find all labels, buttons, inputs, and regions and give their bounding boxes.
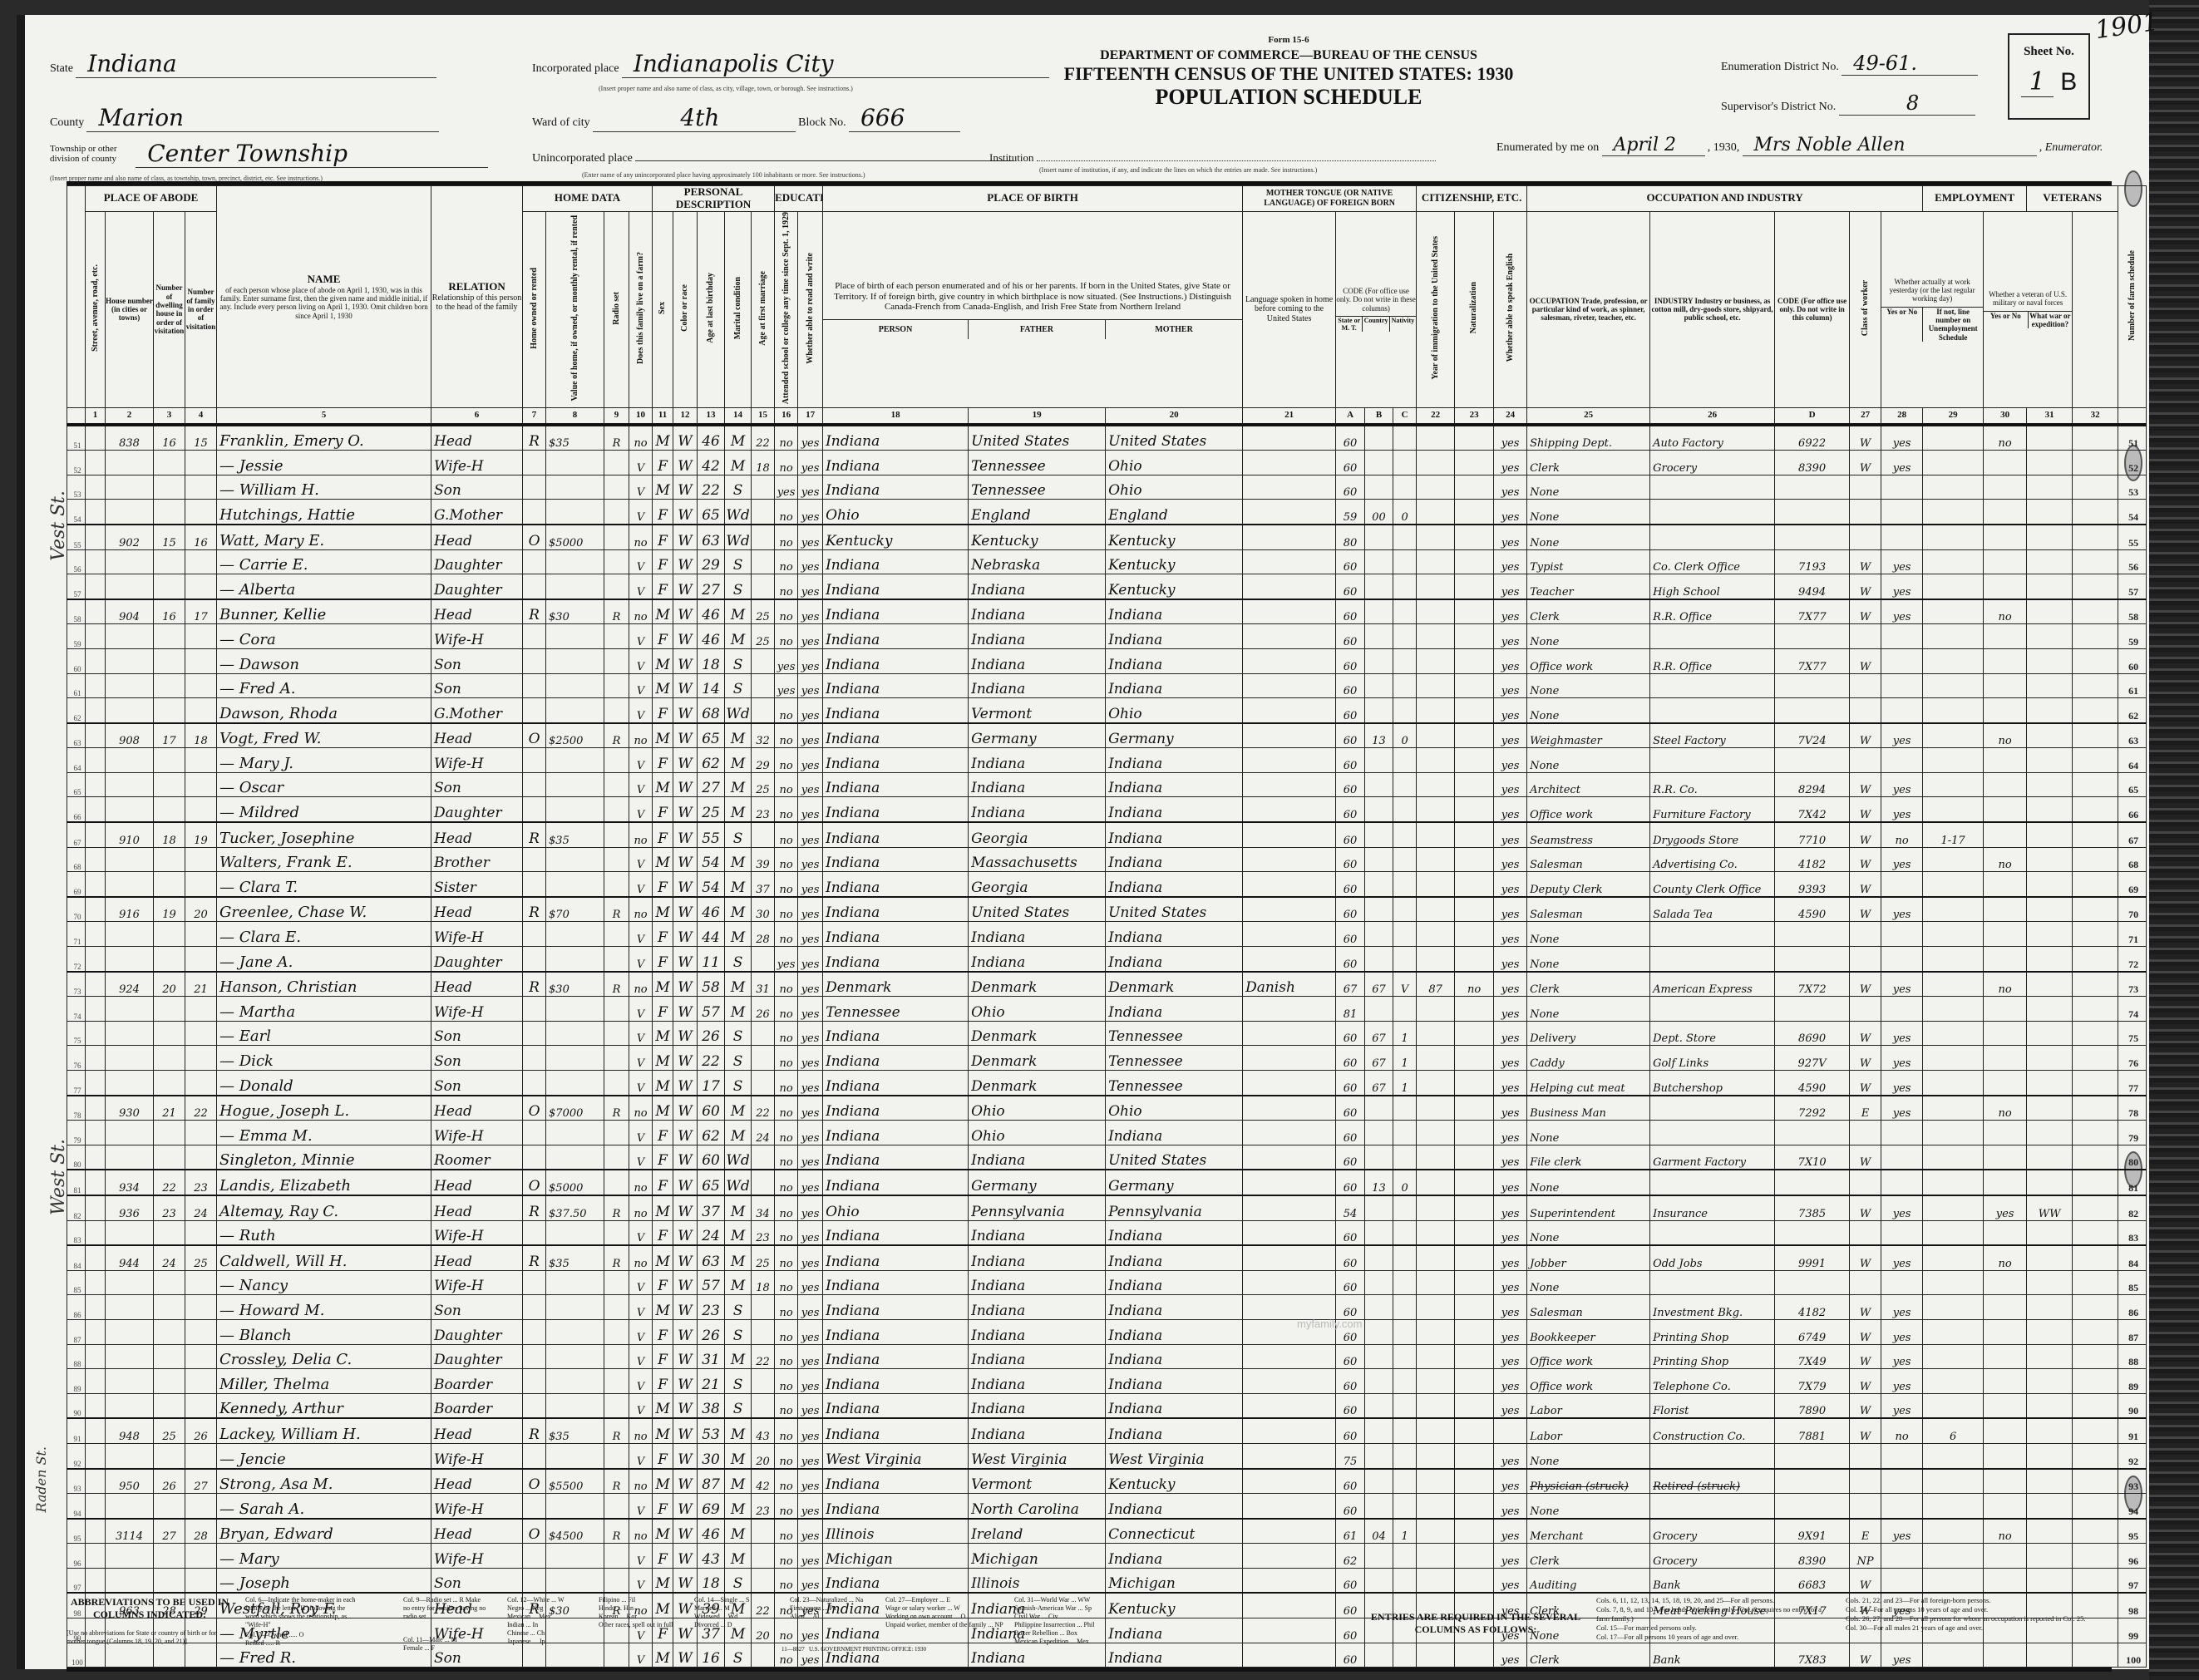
street-cell — [86, 599, 106, 624]
code-b-cell — [1365, 425, 1393, 451]
age-cell: 46 — [698, 1519, 725, 1544]
code-a-cell: 60 — [1336, 673, 1365, 698]
farm-cell: V — [629, 698, 653, 723]
unemployment-line-cell — [1923, 1319, 1984, 1344]
column-number: 23 — [1455, 407, 1494, 425]
line-number: 60 — [2118, 648, 2147, 673]
unemployment-line-cell — [1923, 1494, 1984, 1519]
institution-label: Institution — [989, 151, 1033, 164]
race-cell: W — [673, 1170, 698, 1195]
birthplace-father-cell: Ireland — [969, 1519, 1106, 1544]
line-number: 51 — [2118, 425, 2147, 451]
radio-cell — [604, 549, 629, 574]
schedule-rows: 518381615Franklin, Emery O.HeadR$35RnoMW… — [67, 425, 2147, 1668]
marital-cell: S — [725, 673, 752, 698]
at-work-cell — [1881, 1220, 1923, 1245]
house-number-cell — [106, 1544, 154, 1569]
county-field: County Marion — [50, 104, 439, 132]
age-cell: 38 — [698, 1393, 725, 1418]
person-name-cell: — Mildred — [217, 797, 431, 822]
at-work-cell: yes — [1881, 897, 1923, 922]
code-c-cell — [1393, 947, 1417, 972]
unemployment-line-cell — [1923, 1170, 1984, 1195]
occupation-cell: None — [1527, 1121, 1650, 1145]
speaks-english-cell: yes — [1494, 723, 1527, 748]
code-c-cell — [1393, 872, 1417, 897]
home-value-cell — [546, 574, 604, 599]
literate-cell: yes — [798, 475, 823, 500]
veteran-cell — [1984, 1121, 2027, 1145]
at-work-cell — [1881, 922, 1923, 947]
code-d-cell: 7X79 — [1775, 1369, 1850, 1394]
war-cell — [2027, 1121, 2073, 1145]
birthplace-father-cell: Indiana — [969, 624, 1106, 649]
race-cell: W — [673, 1519, 698, 1544]
relation-cell: Daughter — [431, 797, 523, 822]
age-first-marriage-cell — [752, 1145, 775, 1170]
home-tenure-cell — [523, 1544, 546, 1569]
code-b-cell — [1365, 1393, 1393, 1418]
marital-cell: M — [725, 723, 752, 748]
at-work-cell — [1881, 500, 1923, 525]
birthplace-person-cell: Indiana — [823, 549, 969, 574]
language-cell — [1243, 1544, 1336, 1569]
age-cell: 22 — [698, 475, 725, 500]
line-number: 61 — [2118, 673, 2147, 698]
line-number: 78 — [2118, 1096, 2147, 1121]
header-immigration-year: Year of immigration to the United States — [1417, 211, 1455, 407]
veteran-cell: yes — [1984, 1195, 2027, 1220]
radio-cell: R — [604, 972, 629, 997]
unemployment-line-cell — [1923, 872, 1984, 897]
sheet-label: Sheet No. — [2009, 45, 2088, 59]
sex-cell: F — [653, 698, 673, 723]
literate-cell: yes — [798, 748, 823, 773]
war-cell — [2027, 1544, 2073, 1569]
dwelling-number-cell: 15 — [154, 525, 185, 549]
home-tenure-cell — [523, 922, 546, 947]
at-work-cell: yes — [1881, 972, 1923, 997]
immigration-year-cell: 87 — [1417, 972, 1455, 997]
dwelling-number-cell — [154, 922, 185, 947]
code-c-cell — [1393, 475, 1417, 500]
school-cell: no — [775, 922, 798, 947]
code-d-cell: 8690 — [1775, 1021, 1850, 1046]
relation-cell: Sister — [431, 872, 523, 897]
occupation-cell: Weighmaster — [1527, 723, 1650, 748]
literate-cell: yes — [798, 997, 823, 1022]
class-of-worker-cell: W — [1850, 1418, 1881, 1443]
race-cell: W — [673, 1544, 698, 1569]
occupation-cell: Superintendent — [1527, 1195, 1650, 1220]
family-number-cell — [185, 1021, 217, 1046]
home-value-cell — [546, 624, 604, 649]
unemployment-line-cell — [1923, 772, 1984, 797]
school-cell: no — [775, 698, 798, 723]
naturalization-cell — [1455, 1121, 1494, 1145]
birthplace-person-cell: Indiana — [823, 1393, 969, 1418]
marital-cell: S — [725, 947, 752, 972]
column-number: C — [1393, 407, 1417, 425]
relation-cell: G.Mother — [431, 500, 523, 525]
table-row: 59— CoraWife-HVFW46M25noyesIndianaIndian… — [67, 624, 2147, 649]
occupation-cell: Bookkeeper — [1527, 1319, 1650, 1344]
war-cell — [2027, 772, 2073, 797]
class-of-worker-cell — [1850, 1121, 1881, 1145]
language-cell — [1243, 748, 1336, 773]
radio-cell — [604, 1319, 629, 1344]
veteran-cell — [1984, 1568, 2027, 1593]
war-cell — [2027, 947, 2073, 972]
margin-street-note: West St. — [48, 1139, 69, 1215]
sex-cell: M — [653, 847, 673, 872]
column-number: D — [1775, 407, 1850, 425]
farm-schedule-cell — [2073, 1096, 2118, 1121]
supervisors-district-value: 8 — [1839, 91, 1975, 116]
race-cell: W — [673, 1096, 698, 1121]
birthplace-mother-cell: Indiana — [1106, 1369, 1243, 1394]
relation-cell: Son — [431, 648, 523, 673]
code-c-cell — [1393, 1096, 1417, 1121]
code-a-cell: 60 — [1336, 1121, 1365, 1145]
code-c-cell: 1 — [1393, 1071, 1417, 1096]
veteran-cell: no — [1984, 599, 2027, 624]
house-number-cell — [106, 1494, 154, 1519]
age-first-marriage-cell: 30 — [752, 897, 775, 922]
state-label: State — [50, 62, 73, 75]
house-number-cell — [106, 648, 154, 673]
at-work-cell: no — [1881, 822, 1923, 847]
language-cell — [1243, 1443, 1336, 1468]
institution-value — [1037, 160, 1436, 161]
school-cell: no — [775, 1270, 798, 1295]
naturalization-cell — [1455, 1393, 1494, 1418]
occupation-cell: None — [1527, 1270, 1650, 1295]
street-cell — [86, 922, 106, 947]
farm-schedule-cell — [2073, 574, 2118, 599]
naturalization-cell — [1455, 1245, 1494, 1270]
header-code-d: CODE (For office use only. Do not write … — [1775, 211, 1850, 407]
home-value-cell — [546, 475, 604, 500]
at-work-cell: yes — [1881, 1295, 1923, 1320]
school-cell: no — [775, 748, 798, 773]
dwelling-number-cell — [154, 1344, 185, 1369]
code-b-cell — [1365, 947, 1393, 972]
birthplace-father-cell: Tennessee — [969, 451, 1106, 475]
industry-cell — [1650, 947, 1775, 972]
sex-cell: M — [653, 1295, 673, 1320]
race-cell: W — [673, 922, 698, 947]
table-row: 69— Clara T.SisterVFW54M37noyesIndianaGe… — [67, 872, 2147, 897]
veteran-cell — [1984, 1443, 2027, 1468]
left-line-number: 51 — [67, 425, 86, 451]
birthplace-person-cell: Indiana — [823, 1096, 969, 1121]
house-number-cell — [106, 1319, 154, 1344]
family-number-cell — [185, 1145, 217, 1170]
sheet-number-box: Sheet No. 1 B — [2008, 33, 2090, 120]
industry-cell — [1650, 1170, 1775, 1195]
person-name-cell: — Ruth — [217, 1220, 431, 1245]
speaks-english-cell: yes — [1494, 1494, 1527, 1519]
code-b-cell — [1365, 1544, 1393, 1569]
header-radio: Radio set — [604, 211, 629, 407]
code-d-cell — [1775, 500, 1850, 525]
block-label: Block No. — [798, 116, 846, 129]
birthplace-father-cell: Kentucky — [969, 525, 1106, 549]
street-cell — [86, 1245, 106, 1270]
home-tenure-cell: R — [523, 897, 546, 922]
age-cell: 25 — [698, 797, 725, 822]
county-value: Marion — [86, 104, 439, 132]
war-cell — [2027, 872, 2073, 897]
veteran-cell — [1984, 1319, 2027, 1344]
at-work-cell — [1881, 525, 1923, 549]
literate-cell: yes — [798, 1393, 823, 1418]
immigration-year-cell — [1417, 673, 1455, 698]
occupation-cell: Jobber — [1527, 1245, 1650, 1270]
entries-required-list-2: Cols. 21, 22, and 23—For all foreign-bor… — [1846, 1596, 2087, 1633]
marital-cell: M — [725, 1245, 752, 1270]
dwelling-number-cell — [154, 947, 185, 972]
code-c-cell — [1393, 822, 1417, 847]
person-name-cell: — Martha — [217, 997, 431, 1022]
code-a-cell: 60 — [1336, 847, 1365, 872]
line-number: 76 — [2118, 1046, 2147, 1071]
code-a-cell: 60 — [1336, 922, 1365, 947]
code-a-cell: 60 — [1336, 1393, 1365, 1418]
speaks-english-cell: yes — [1494, 1344, 1527, 1369]
home-value-cell — [546, 1393, 604, 1418]
column-number: 21 — [1243, 407, 1336, 425]
at-work-cell — [1881, 1145, 1923, 1170]
family-number-cell — [185, 451, 217, 475]
birthplace-mother-cell: Indiana — [1106, 1544, 1243, 1569]
dwelling-number-cell — [154, 648, 185, 673]
code-b-cell — [1365, 673, 1393, 698]
speaks-english-cell: yes — [1494, 922, 1527, 947]
group-personal-description: PERSONAL DESCRIPTION — [653, 186, 775, 212]
code-c-cell — [1393, 1145, 1417, 1170]
family-number-cell — [185, 1344, 217, 1369]
at-work-cell: yes — [1881, 1096, 1923, 1121]
family-number-cell: 17 — [185, 599, 217, 624]
literate-cell: yes — [798, 1046, 823, 1071]
language-cell — [1243, 1418, 1336, 1443]
radio-cell — [604, 475, 629, 500]
radio-cell: R — [604, 1418, 629, 1443]
speaks-english-cell: yes — [1494, 1195, 1527, 1220]
house-number-cell — [106, 1021, 154, 1046]
house-number-cell — [106, 1295, 154, 1320]
radio-cell — [604, 1071, 629, 1096]
literate-cell: yes — [798, 1369, 823, 1394]
school-cell: no — [775, 1295, 798, 1320]
age-first-marriage-cell: 37 — [752, 872, 775, 897]
age-cell: 60 — [698, 1096, 725, 1121]
farm-schedule-cell — [2073, 1071, 2118, 1096]
home-value-cell — [546, 847, 604, 872]
table-row: 92— JencieWife-HVFW30M20noyesWest Virgin… — [67, 1443, 2147, 1468]
dwelling-number-cell — [154, 1270, 185, 1295]
house-number-cell: 910 — [106, 822, 154, 847]
school-cell: no — [775, 500, 798, 525]
state-value: Indiana — [76, 50, 436, 78]
birthplace-person-cell: Indiana — [823, 1220, 969, 1245]
school-cell: no — [775, 1568, 798, 1593]
war-cell — [2027, 698, 2073, 723]
literate-cell: yes — [798, 947, 823, 972]
unemployment-line-cell — [1923, 1568, 1984, 1593]
war-cell — [2027, 1494, 2073, 1519]
birthplace-father-cell: Denmark — [969, 1071, 1106, 1096]
house-number-cell — [106, 1443, 154, 1468]
veteran-cell — [1984, 748, 2027, 773]
at-work-cell: no — [1881, 1418, 1923, 1443]
speaks-english-cell: yes — [1494, 1145, 1527, 1170]
street-cell — [86, 1519, 106, 1544]
header-pob-mother: MOTHER — [1106, 320, 1242, 340]
state-field: State Indiana — [50, 50, 436, 78]
age-first-marriage-cell: 43 — [752, 1418, 775, 1443]
farm-schedule-cell — [2073, 1443, 2118, 1468]
naturalization-cell — [1455, 549, 1494, 574]
language-cell — [1243, 1096, 1336, 1121]
industry-cell: Printing Shop — [1650, 1319, 1775, 1344]
person-name-cell: — Fred A. — [217, 673, 431, 698]
at-work-cell: yes — [1881, 1319, 1923, 1344]
race-cell: W — [673, 822, 698, 847]
speaks-english-cell: yes — [1494, 1544, 1527, 1569]
farm-schedule-cell — [2073, 797, 2118, 822]
age-first-marriage-cell: 22 — [752, 1096, 775, 1121]
war-cell — [2027, 1568, 2073, 1593]
code-d-cell: 7292 — [1775, 1096, 1850, 1121]
dwelling-number-cell — [154, 997, 185, 1022]
farm-cell: V — [629, 922, 653, 947]
supervisors-district-field: Supervisor's District No. 8 — [1721, 91, 1975, 116]
home-value-cell: $37.50 — [546, 1195, 604, 1220]
code-b-cell: 67 — [1365, 1046, 1393, 1071]
street-cell — [86, 500, 106, 525]
code-d-cell — [1775, 624, 1850, 649]
relation-cell: Head — [431, 525, 523, 549]
class-of-worker-cell: W — [1850, 549, 1881, 574]
column-number: 11 — [653, 407, 673, 425]
column-number: 18 — [823, 407, 969, 425]
house-number-cell: 936 — [106, 1195, 154, 1220]
unemployment-line-cell — [1923, 1270, 1984, 1295]
industry-cell — [1650, 922, 1775, 947]
birthplace-mother-cell: Indiana — [1106, 1295, 1243, 1320]
person-name-cell: — Sarah A. — [217, 1494, 431, 1519]
sex-cell: F — [653, 1344, 673, 1369]
line-number: 66 — [2118, 797, 2147, 822]
dwelling-number-cell — [154, 1319, 185, 1344]
marital-cell: M — [725, 425, 752, 451]
age-cell: 22 — [698, 1046, 725, 1071]
naturalization-cell — [1455, 1519, 1494, 1544]
dwelling-number-cell — [154, 500, 185, 525]
veteran-cell — [1984, 1544, 2027, 1569]
radio-cell — [604, 500, 629, 525]
birthplace-father-cell: Indiana — [969, 772, 1106, 797]
line-number: 87 — [2118, 1319, 2147, 1344]
birthplace-person-cell: Indiana — [823, 847, 969, 872]
race-cell: W — [673, 1121, 698, 1145]
at-work-cell — [1881, 997, 1923, 1022]
veteran-cell — [1984, 1046, 2027, 1071]
war-cell: WW — [2027, 1195, 2073, 1220]
marital-cell: S — [725, 1046, 752, 1071]
code-c-cell — [1393, 748, 1417, 773]
relation-cell: Head — [431, 1170, 523, 1195]
group-mother-tongue: MOTHER TONGUE (OR NATIVE LANGUAGE) OF FO… — [1243, 186, 1417, 212]
home-value-cell — [546, 1319, 604, 1344]
unincorporated-field: Unincorporated place — [532, 151, 1013, 165]
unemployment-line-cell — [1923, 1245, 1984, 1270]
code-b-cell — [1365, 1195, 1393, 1220]
farm-schedule-cell — [2073, 475, 2118, 500]
birthplace-mother-cell: Pennsylvania — [1106, 1195, 1243, 1220]
occupation-cell: Merchant — [1527, 1519, 1650, 1544]
language-cell — [1243, 1220, 1336, 1245]
radio-cell — [604, 1443, 629, 1468]
header-race: Color or race — [673, 211, 698, 407]
immigration-year-cell — [1417, 997, 1455, 1022]
age-cell: 37 — [698, 1195, 725, 1220]
line-number: 81 — [2118, 1170, 2147, 1195]
farm-schedule-cell — [2073, 1369, 2118, 1394]
war-cell — [2027, 1220, 2073, 1245]
line-number: 92 — [2118, 1443, 2147, 1468]
language-cell — [1243, 451, 1336, 475]
sex-cell: F — [653, 922, 673, 947]
veteran-cell: no — [1984, 1245, 2027, 1270]
code-c-cell — [1393, 525, 1417, 549]
class-of-worker-cell: W — [1850, 574, 1881, 599]
language-cell — [1243, 624, 1336, 649]
unemployment-line-cell — [1923, 451, 1984, 475]
house-number-cell — [106, 922, 154, 947]
family-number-cell — [185, 772, 217, 797]
unemployment-line-cell — [1923, 1071, 1984, 1096]
birthplace-mother-cell: Tennessee — [1106, 1046, 1243, 1071]
race-cell: W — [673, 1295, 698, 1320]
sex-cell: F — [653, 1544, 673, 1569]
naturalization-cell — [1455, 1046, 1494, 1071]
code-a-cell: 60 — [1336, 1220, 1365, 1245]
marital-cell: M — [725, 1270, 752, 1295]
naturalization-cell — [1455, 1319, 1494, 1344]
unemployment-line-cell — [1923, 922, 1984, 947]
literate-cell: yes — [798, 897, 823, 922]
farm-schedule-cell — [2073, 624, 2118, 649]
house-number-cell — [106, 574, 154, 599]
home-value-cell — [546, 1443, 604, 1468]
marital-cell: M — [725, 748, 752, 773]
class-of-worker-cell: W — [1850, 599, 1881, 624]
house-number-cell — [106, 847, 154, 872]
birthplace-father-cell: Indiana — [969, 1245, 1106, 1270]
farm-schedule-cell — [2073, 1046, 2118, 1071]
class-of-worker-cell: W — [1850, 822, 1881, 847]
code-a-cell: 60 — [1336, 624, 1365, 649]
sex-cell: M — [653, 1195, 673, 1220]
speaks-english-cell: yes — [1494, 451, 1527, 475]
school-cell: no — [775, 1245, 798, 1270]
person-name-cell: Altemay, Ray C. — [217, 1195, 431, 1220]
ward-value: 4th — [593, 104, 796, 132]
